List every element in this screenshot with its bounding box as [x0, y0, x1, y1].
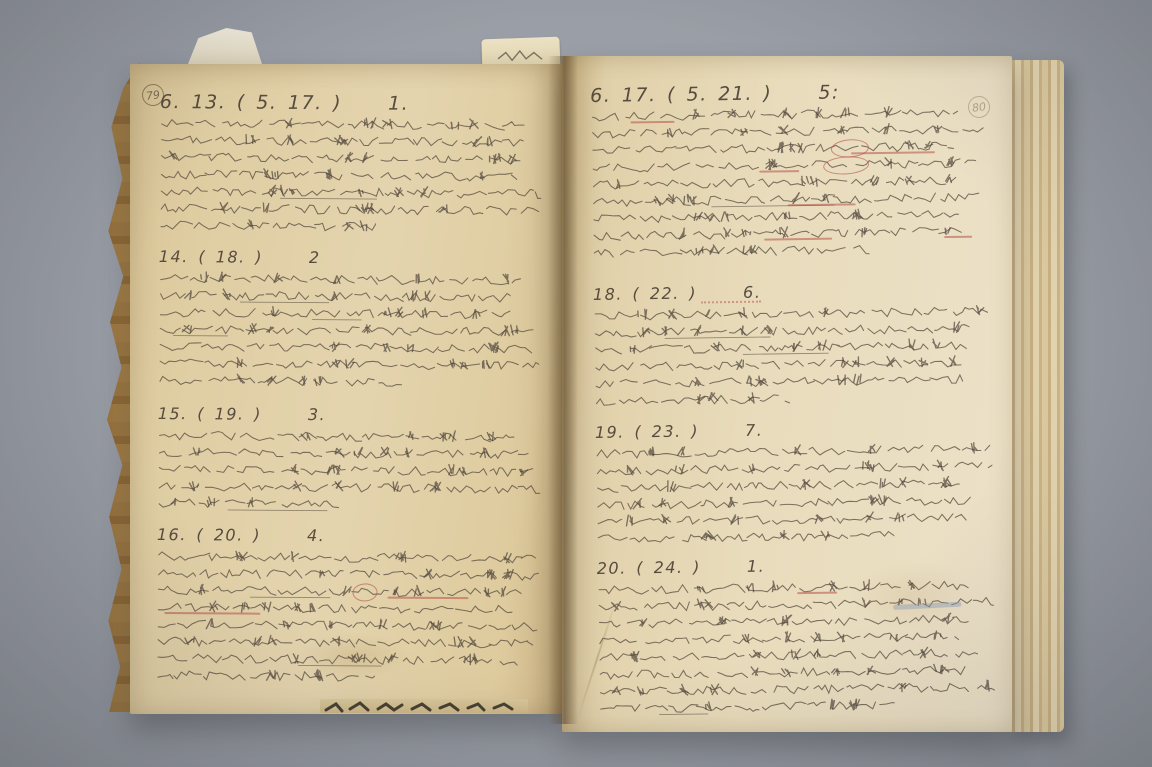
handwriting-line — [158, 371, 402, 390]
handwriting-line — [156, 666, 375, 685]
diary-entry-section: 15. ( 19. )3. — [157, 402, 543, 514]
handwriting-line — [599, 696, 895, 717]
entry-number: 3. — [308, 405, 326, 424]
left-page: 79 6. 13. ( 5. 17. )1.14. ( 18. )215. ( … — [130, 64, 562, 714]
photo-open-notebook: 79 6. 13. ( 5. 17. )1.14. ( 18. )215. ( … — [0, 0, 1152, 767]
diary-entry-section: 18. ( 22. )6. — [593, 277, 995, 409]
entry-number: 6. — [743, 283, 762, 302]
entry-date: 20. ( 24. ) — [597, 557, 701, 577]
protruding-page-corner — [188, 28, 262, 64]
entry-date: 18. ( 22. ) — [593, 284, 697, 304]
handwriting-line — [159, 216, 376, 235]
entry-number: 7. — [745, 421, 764, 440]
entry-number: 5: — [818, 82, 840, 104]
diary-entry-section: 19. ( 23. )7. — [595, 415, 997, 547]
entry-heading: 6. 13. ( 5. 17. )1. — [160, 90, 545, 117]
entry-number: 2 — [309, 248, 321, 267]
handwriting-line — [592, 240, 875, 261]
right-page-content: 6. 17. ( 5. 21. )5:18. ( 22. )6.19. ( 23… — [590, 78, 999, 717]
entry-number: 4. — [307, 526, 325, 545]
diary-entry-section: 20. ( 24. )1. — [597, 551, 999, 717]
diary-entry-section: 14. ( 18. )2 — [158, 245, 544, 391]
entry-heading: 16. ( 20. )4. — [157, 523, 542, 550]
entry-number: 1. — [747, 557, 766, 576]
page-edge-stack-right — [1006, 60, 1064, 732]
entry-date: 19. ( 23. ) — [595, 422, 699, 442]
entry-date: 16. ( 20. ) — [157, 525, 261, 545]
handwriting-line — [157, 494, 344, 512]
right-page: 80 6. 17. ( 5. 21. )5:18. ( 22. )6.19. (… — [562, 56, 1012, 732]
handwriting-line — [596, 526, 894, 547]
entry-heading: 14. ( 18. )2 — [159, 245, 544, 272]
underlying-page-writing — [320, 699, 528, 713]
entry-date: 15. ( 19. ) — [158, 404, 262, 424]
entry-date: 6. 17. ( 5. 21. ) — [590, 82, 773, 107]
entry-number: 1. — [388, 93, 409, 115]
left-page-content: 6. 13. ( 5. 17. )1.14. ( 18. )215. ( 19.… — [156, 90, 545, 686]
handwriting-line — [594, 389, 790, 409]
entry-heading: 15. ( 19. )3. — [158, 402, 543, 429]
diary-entry-section: 16. ( 20. )4. — [156, 523, 542, 686]
diary-entry-section: 6. 13. ( 5. 17. )1. — [159, 90, 545, 236]
entry-date: 6. 13. ( 5. 17. ) — [160, 91, 342, 114]
diary-entry-section: 6. 17. ( 5. 21. )5: — [590, 78, 992, 261]
entry-date: 14. ( 18. ) — [159, 247, 263, 267]
